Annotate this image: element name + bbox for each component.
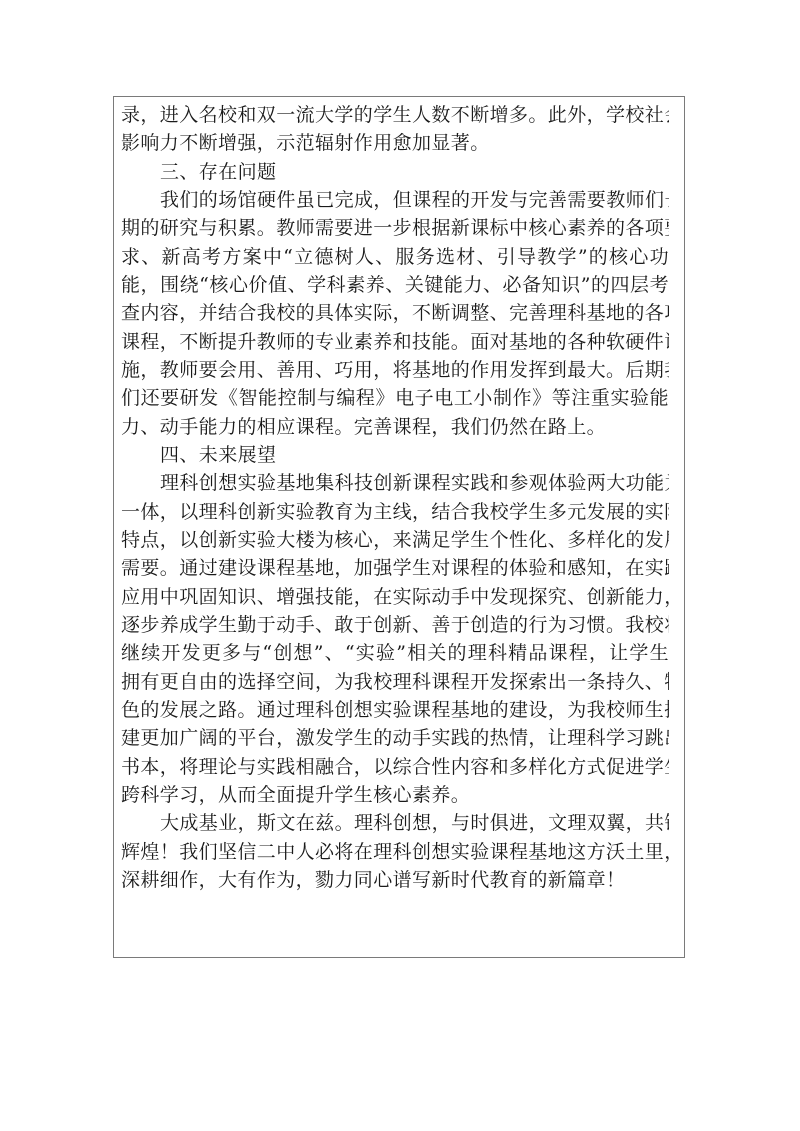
text-line: 深耕细作，大有作为，勠力同心谱写新时代教育的新篇章！: [121, 866, 669, 894]
paragraph-future-outlook: 理科创想实验基地集科技创新课程实践和参观体验两大功能为 一体，以理科创新实验教育…: [121, 469, 669, 809]
text-line: 大成基业，斯文在兹。理科创想，与时俱进，文理双翼，共铸: [121, 809, 669, 837]
text-line: 课程，不断提升教师的专业素养和技能。面对基地的各种软硬件设: [121, 328, 669, 356]
section-heading-future-outlook: 四、未来展望: [121, 441, 669, 469]
text-line: 能，围绕“核心价值、学科素养、关键能力、必备知识”的四层考: [121, 271, 669, 299]
text-line: 影响力不断增强，示范辐射作用愈加显著。: [121, 129, 669, 157]
text-line: 书本，将理论与实践相融合，以综合性内容和多样化方式促进学生: [121, 753, 669, 781]
text-line: 力、动手能力的相应课程。完善课程，我们仍然在路上。: [121, 413, 669, 441]
text-line: 我们的场馆硬件虽已完成，但课程的开发与完善需要教师们长: [121, 186, 669, 214]
section-heading-existing-problems: 三、存在问题: [121, 158, 669, 186]
text-line: 特点，以创新实验大楼为核心，来满足学生个性化、多样化的发展: [121, 526, 669, 554]
text-line: 逐步养成学生勤于动手、敢于创新、善于创造的行为习惯。我校将: [121, 611, 669, 639]
text-line: 色的发展之路。通过理科创想实验课程基地的建设，为我校师生搭: [121, 696, 669, 724]
text-line: 一体，以理科创新实验教育为主线，结合我校学生多元发展的实际: [121, 498, 669, 526]
paragraph-existing-problems: 我们的场馆硬件虽已完成，但课程的开发与完善需要教师们长 期的研究与积累。教师需要…: [121, 186, 669, 441]
text-line: 期的研究与积累。教师需要进一步根据新课标中核心素养的各项要: [121, 214, 669, 242]
text-line: 需要。通过建设课程基地，加强学生对课程的体验和感知，在实践: [121, 554, 669, 582]
text-line: 辉煌！我们坚信二中人必将在理科创想实验课程基地这方沃土里，: [121, 838, 669, 866]
document-page: 录，进入名校和双一流大学的学生人数不断增多。此外，学校社会 影响力不断增强，示范…: [0, 0, 800, 1131]
text-line: 跨科学习，从而全面提升学生核心素养。: [121, 781, 669, 809]
text-line: 查内容，并结合我校的具体实际，不断调整、完善理科基地的各项: [121, 299, 669, 327]
table-cell-frame: 录，进入名校和双一流大学的学生人数不断增多。此外，学校社会 影响力不断增强，示范…: [113, 96, 685, 958]
text-line: 建更加广阔的平台，激发学生的动手实践的热情，让理科学习跳出: [121, 724, 669, 752]
text-line: 继续开发更多与“创想”、“实验”相关的理科精品课程，让学生: [121, 639, 669, 667]
text-line: 应用中巩固知识、增强技能，在实际动手中发现探究、创新能力，: [121, 583, 669, 611]
document-body: 录，进入名校和双一流大学的学生人数不断增多。此外，学校社会 影响力不断增强，示范…: [121, 101, 669, 894]
text-line: 理科创想实验基地集科技创新课程实践和参观体验两大功能为: [121, 469, 669, 497]
paragraph-achievements-continued: 录，进入名校和双一流大学的学生人数不断增多。此外，学校社会 影响力不断增强，示范…: [121, 101, 669, 158]
text-line: 施，教师要会用、善用、巧用，将基地的作用发挥到最大。后期我: [121, 356, 669, 384]
text-line: 求、新高考方案中“立德树人、服务选材、引导教学”的核心功: [121, 243, 669, 271]
paragraph-closing: 大成基业，斯文在兹。理科创想，与时俱进，文理双翼，共铸 辉煌！我们坚信二中人必将…: [121, 809, 669, 894]
text-line: 拥有更自由的选择空间，为我校理科课程开发探索出一条持久、特: [121, 668, 669, 696]
text-line: 们还要研发《智能控制与编程》电子电工小制作》等注重实验能: [121, 384, 669, 412]
text-line: 录，进入名校和双一流大学的学生人数不断增多。此外，学校社会: [121, 101, 669, 129]
